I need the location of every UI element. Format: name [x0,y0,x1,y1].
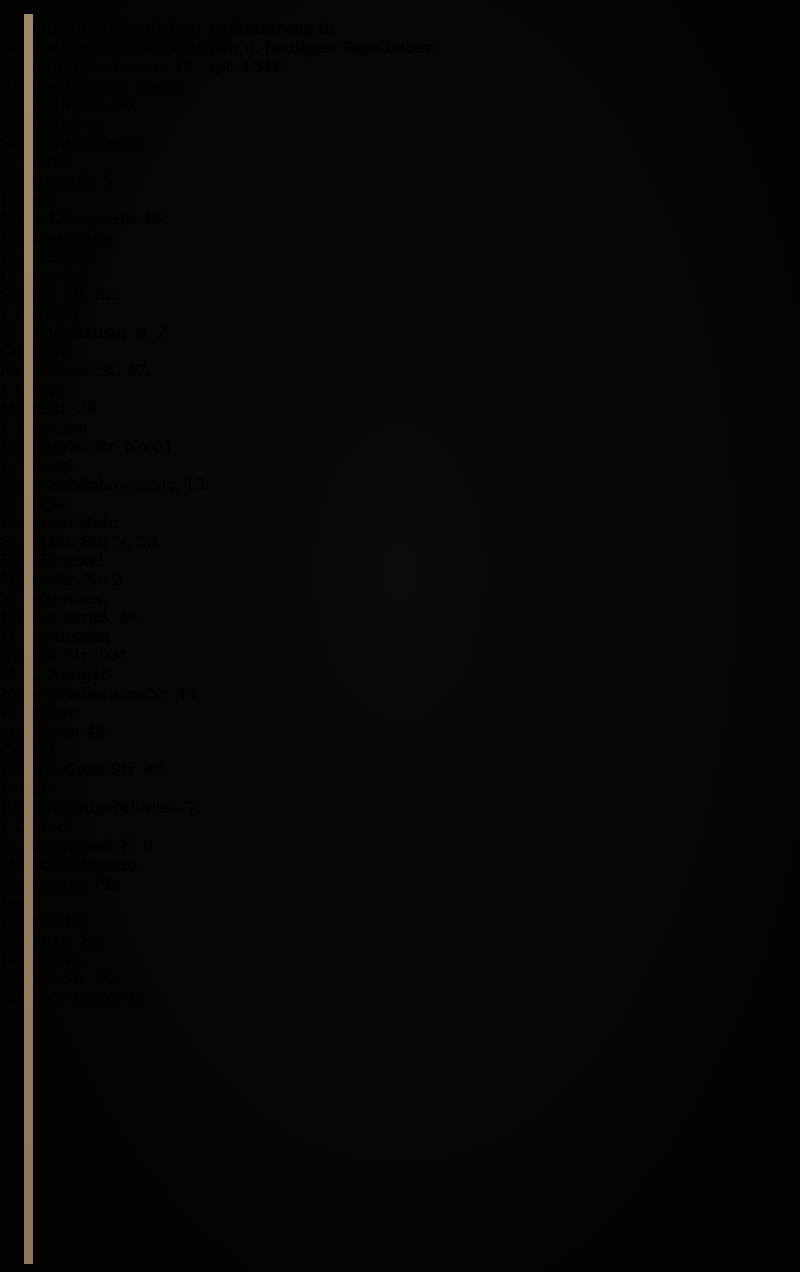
entry-name: S. Röder [0,152,800,171]
entry-name-text: L. Reinthal [0,266,89,285]
entry-address: Neu Friedr. St. 47. [0,361,800,380]
entry-name: W. Meyer [0,703,800,722]
entry-address-text: U. d. Linden [0,247,99,266]
entry-name: J. L. Badt [0,817,800,836]
table-row: H. HagemannU. d. Linden [0,228,800,266]
entry-name: Guthkind [0,342,800,361]
entry-name-text: B. Brandes [0,912,89,931]
entries-table: Böhme, Comiss. AgentGrenadierstr. 36.Dr.… [0,76,800,988]
entry-name: Dr. Rosenstein [0,513,800,532]
table-row: GebertHeilige Geist Str. 45 [0,741,800,779]
entry-address: Holzmarkt Str. No 61 [0,437,800,456]
entry-name: M. Jekermes. [0,589,800,608]
header-date: am 14. Spt. 1848: [144,57,288,76]
table-row: Dr. RosensteinSchützen Str. N. 38 [0,513,800,551]
entry-address: Scharrnstraße 21. [0,133,800,152]
table-row: J. LewieMünzstr. 28 [0,380,800,418]
entry-address: Spand. Str. 32. [0,285,800,304]
header-line-3: sich eingefunden,am 14. Spt. 1848: [0,57,800,76]
entry-name: F. B. Fränkel [0,551,800,570]
entry-address: Schützen Str. N. 38 [0,532,800,551]
entry-address-text: Kloster Str. 104 [0,646,128,665]
entry-name-text: M. Jekermes. [0,589,107,608]
ledger-page: 2 In Folge der öffentlichen Aufforderung… [0,0,800,1007]
entry-name-text: F. B. Fränkel [0,551,104,570]
entry-address: Spand. Str. 60 [0,969,800,988]
entry-name: J. Lewie [0,380,800,399]
table-row: W. Meyersprechstr. 45 [0,703,800,741]
table-row: Dr. DavidsonScharrnstraße 21. [0,114,800,152]
table-row: BambayesSpand. Str. 60 [0,950,800,988]
table-row: S. RöderMünzstraße 5. [0,152,800,190]
table-row: B. BrandesSpandau. Str [0,912,800,950]
entry-name: F. Coll [0,779,800,798]
table-row: L. CasselNeue Schönhauserstr. 13. [0,456,800,494]
entry-address: sprechstr. 45 [0,722,800,741]
entry-name-text: Dr. Rosenstein [0,513,118,532]
catalog-pencil-note: ARC 4°702/CG-32 [0,988,800,1007]
entry-name: Böhme, Comiss. Agent [0,76,800,95]
entry-address-text: Mariannen Plz [0,874,118,893]
entry-name: J. Hirschse [0,418,800,437]
table-row: Moritz RathenauMariannen Plz [0,855,800,893]
entry-name: R. Fögal [0,494,800,513]
entry-address: Neue Schönhauserstr. 13. [0,475,800,494]
table-row: HirschNeue Königs Str. 46. [0,190,800,228]
entry-address: Spandau. Str [0,931,800,950]
table-row: J. CasparyN. Schönhäuser N. 2 [0,304,800,342]
entry-address: U. d. Linden [0,247,800,266]
header-line-2: den Zeitungen vom gestrigen u. heutigen … [0,38,800,57]
entry-name: Hirsch [0,190,800,209]
entry-address: Heilige Geist Str. 45 [0,760,800,779]
entry-address: Schloßfreiheit N. 8 [0,836,800,855]
entry-address-text: sprechstr. 45 [0,722,106,741]
table-row: M. LevinsohnKloster Str. 104 [0,627,800,665]
entry-address-text: Grenadierstr. 36. [0,95,138,114]
entry-name-text: Dr. Davidson [0,114,104,133]
entry-address: Kloster Str. 104 [0,646,800,665]
entry-address: Münzstr. 28 [0,399,800,418]
entry-name: M. Levinsohn [0,627,800,646]
entry-address: Münzstraße 5. [0,171,800,190]
page-number: 2 [0,0,800,19]
table-row: Beit [0,893,800,912]
entry-name: Gebert [0,741,800,760]
entry-name: Beit [0,893,800,912]
entry-name-text: J. Hirschse [0,418,87,437]
entry-name: L. Reinthal [0,266,800,285]
entry-name-text: M. Levinsohn [0,627,110,646]
header-note: In Folge der öffentlichen Aufforderung i… [0,19,800,76]
table-row: J. HirschseHolzmarkt Str. No 61 [0,418,800,456]
entry-address-text: Münzstraße 5. [0,171,118,190]
table-row: F. CollEbendieselbe Mühlen- 7. [0,779,800,817]
table-row: Kloster Straß. 44. [0,608,800,627]
table-row: M. L. NeugaßNeue Friederichs Nr. 44 [0,665,800,703]
photograph-backdrop: 2 In Folge der öffentlichen Aufforderung… [0,0,800,1272]
entry-address: Neue Königs Str. 46. [0,209,800,228]
entry-address: Ebendieselbe Mühlen- 7. [0,798,800,817]
table-row: J. L. BadtSchloßfreiheit N. 8 [0,817,800,855]
entry-address: Münz Str. No 2 [0,570,800,589]
header-line-1: In Folge der öffentlichen Aufforderung i… [0,19,800,38]
entry-name-text: Moritz Rathenau [0,855,137,874]
sheet-stack-edge [31,14,40,1264]
entry-name-text: Kloster Straß. 44. [0,608,144,627]
entry-address-text: Spandau. Str [0,931,106,950]
entry-name-text: M. L. Neugaß [0,665,112,684]
table-row: M. Jekermes. [0,589,800,608]
entry-name: H. Hagemann [0,228,800,247]
entry-name: L. Cassel [0,456,800,475]
entry-address-text: Münzstr. 28 [0,399,96,418]
entry-address: Grenadierstr. 36. [0,95,800,114]
table-row: F. B. FränkelMünz Str. No 2 [0,551,800,589]
entry-address-text: Scharrnstraße 21. [0,133,148,152]
entry-name: Moritz Rathenau [0,855,800,874]
entry-name: J. Caspary [0,304,800,323]
entry-name-text: H. Hagemann [0,228,113,247]
table-row: R. Fögal [0,494,800,513]
entry-name-text: J. Caspary [0,304,82,323]
entry-name: Dr. Davidson [0,114,800,133]
table-row: L. ReinthalSpand. Str. 32. [0,266,800,304]
entry-name: M. L. Neugaß [0,665,800,684]
entry-address: Mariannen Plz [0,874,800,893]
table-row: Böhme, Comiss. AgentGrenadierstr. 36. [0,76,800,114]
entry-name: B. Brandes [0,912,800,931]
entry-name-text: Bambayes [0,950,83,969]
entry-name: Bambayes [0,950,800,969]
entry-address-text: Spand. Str. 32. [0,285,120,304]
header-line-3-text: sich eingefunden, [0,57,144,76]
entry-address: Neue Friederichs Nr. 44 [0,684,800,703]
entry-address: N. Schönhäuser N. 2 [0,323,800,342]
entry-address-text: Neu Friedr. St. 47. [0,361,152,380]
entry-address-text: Münz Str. No 2 [0,570,123,589]
entry-address-text: Spand. Str. 60 [0,969,115,988]
entry-name: Kloster Straß. 44. [0,608,800,627]
table-row: GuthkindNeu Friedr. St. 47. [0,342,800,380]
